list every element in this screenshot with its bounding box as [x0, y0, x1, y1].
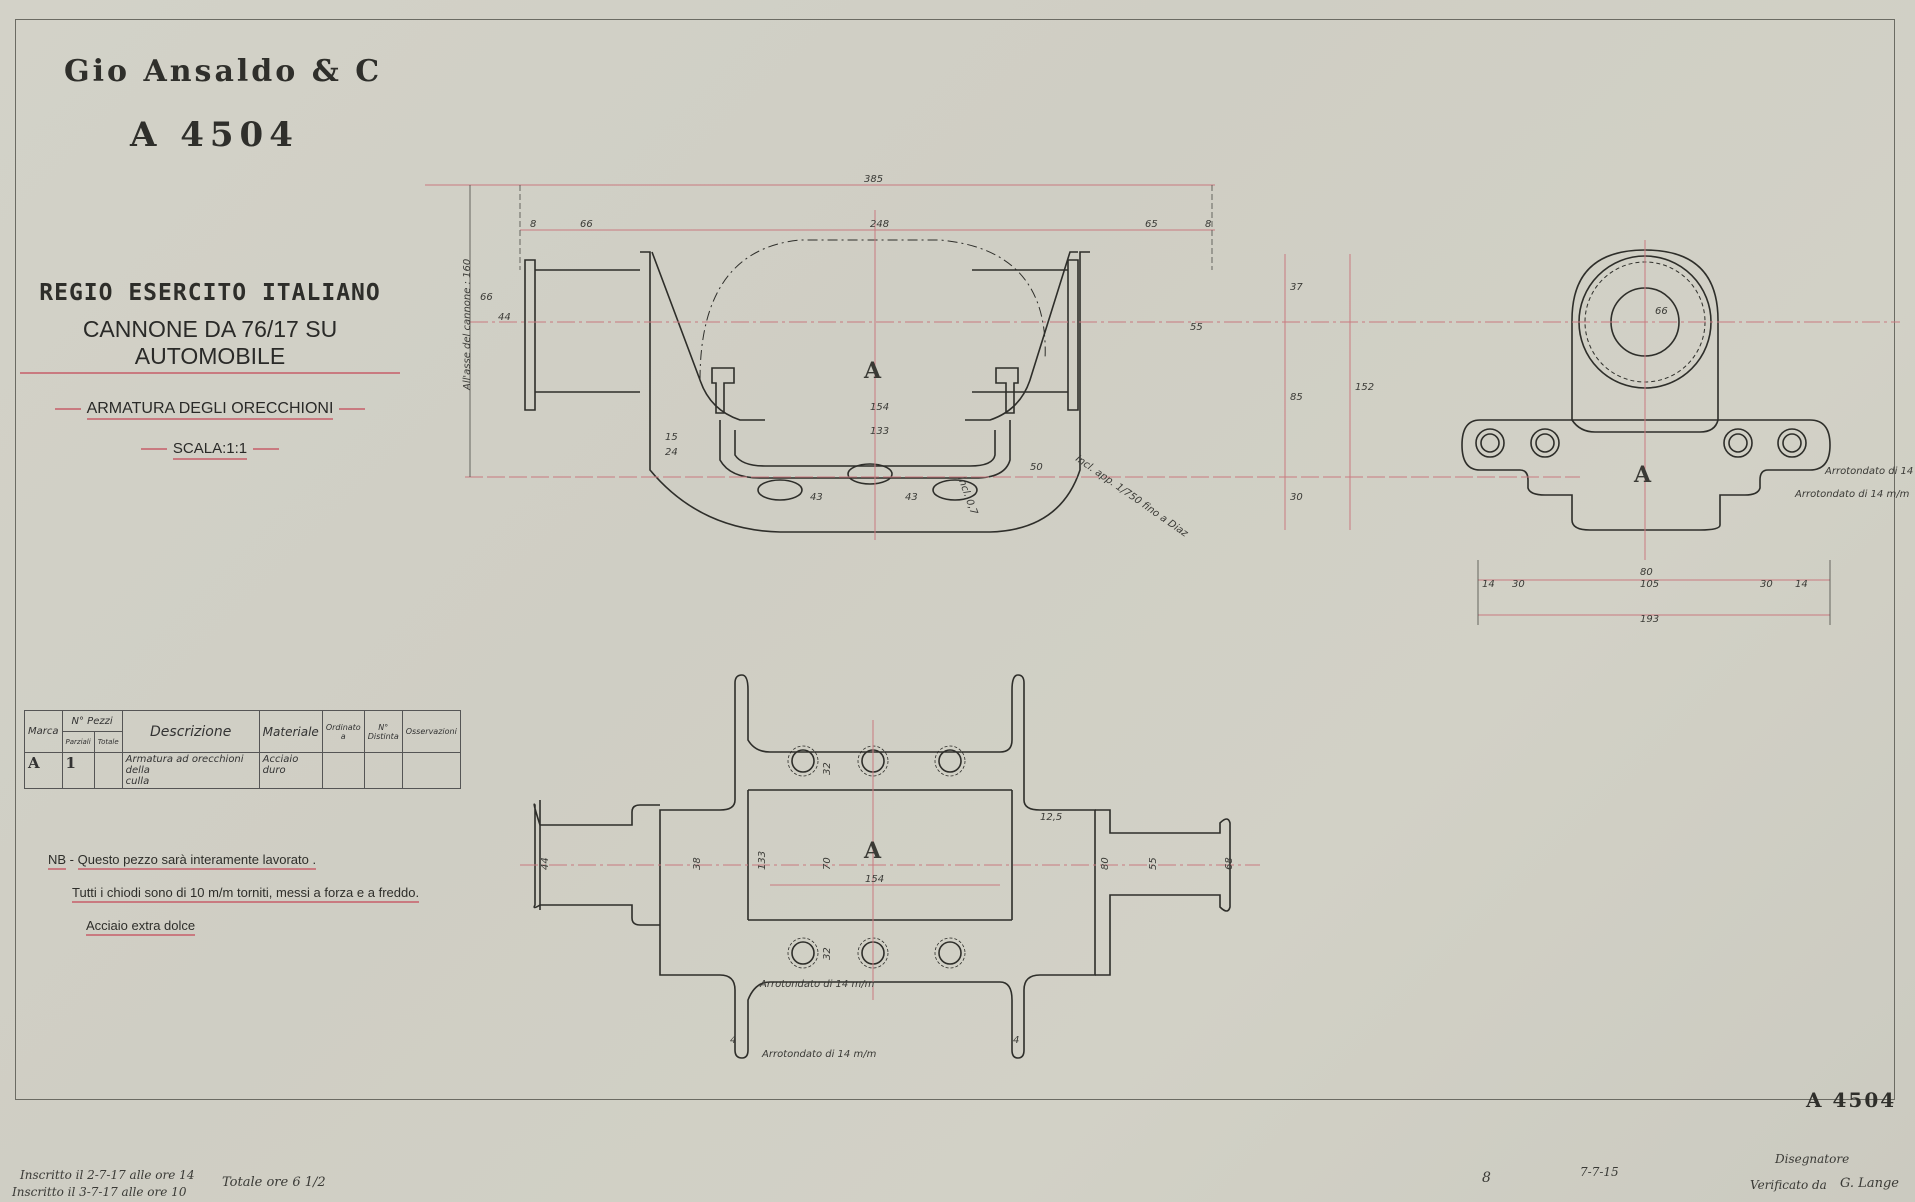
- dim-154-plan: 154: [865, 874, 884, 885]
- dim-43-b: 43: [905, 492, 918, 503]
- side-view: [1462, 250, 1830, 530]
- part-label-side: A: [1634, 462, 1651, 488]
- dim-55: 55: [1190, 322, 1203, 333]
- dim-70-plan: 70: [822, 857, 833, 870]
- signature: G. Lange: [1840, 1176, 1899, 1191]
- dim-43-a: 43: [810, 492, 823, 503]
- dim-68-plan: 68: [1224, 857, 1235, 870]
- dim-14-b: 14: [1795, 579, 1808, 590]
- dim-30-a: 30: [1512, 579, 1525, 590]
- axis-note: All'asse del cannone : 160: [462, 259, 473, 391]
- dim-32-a: 32: [822, 762, 833, 775]
- angle-note: Incl. 0,7: [955, 475, 979, 517]
- front-view: [525, 240, 1090, 532]
- dim-65-right: 65: [1145, 219, 1158, 230]
- drawing-sheet: Gio Ansaldo & C A 4504 REGIO ESERCITO IT…: [0, 0, 1915, 1202]
- dim-24: 24: [665, 447, 678, 458]
- technical-drawing: 385 248 8 66 65 8 154 133 43 43 37 85 30…: [0, 0, 1915, 1202]
- handwritten-total: Totale ore 6 1/2: [222, 1175, 326, 1190]
- fillet-note-side-2: Arrotondato di 14 m/m: [1794, 489, 1910, 500]
- dimension-lines: [425, 185, 1900, 1000]
- verified-label: Verificato da: [1750, 1178, 1827, 1192]
- fillet-note-plan-2: Arrotondato di 14 m/m: [761, 1049, 877, 1060]
- dim-66-dia: 66: [480, 292, 493, 303]
- approx-note: Incl. app. 1/750 fino a Diaz: [1073, 453, 1190, 540]
- dim-15: 15: [665, 432, 678, 443]
- dim-32-b: 32: [822, 947, 833, 960]
- part-label-front: A: [864, 358, 881, 384]
- dim-44: 44: [498, 312, 511, 323]
- handwritten-note-2: Inscritto il 3-7-17 alle ore 10: [12, 1185, 186, 1199]
- handwritten-mark: 8: [1482, 1170, 1491, 1186]
- dim-4-a: 4: [730, 1035, 736, 1046]
- dim-80: 80: [1640, 567, 1653, 578]
- dim-30-b: 30: [1760, 579, 1773, 590]
- dim-133-plan: 133: [757, 851, 768, 870]
- fillet-note-side-1: Arrotondato di 14 m/m: [1824, 466, 1915, 477]
- dim-152: 152: [1355, 382, 1374, 393]
- fillet-note-plan-1: Arrotondato di 14 m/m: [759, 979, 875, 990]
- dim-248: 248: [870, 219, 889, 230]
- drawing-number-bottom: A 4504: [1806, 1088, 1896, 1112]
- dim-14-a: 14: [1482, 579, 1495, 590]
- dim-8-left: 8: [530, 219, 536, 230]
- dim-105: 105: [1640, 579, 1659, 590]
- dim-385: 385: [864, 174, 883, 185]
- handwritten-note-1: Inscritto il 2-7-17 alle ore 14: [20, 1168, 194, 1182]
- dim-133: 133: [870, 426, 889, 437]
- dim-30: 30: [1290, 492, 1303, 503]
- dim-154: 154: [870, 402, 889, 413]
- dim-50: 50: [1030, 462, 1043, 473]
- dim-8-right: 8: [1205, 219, 1211, 230]
- disegnatore-label: Disegnatore: [1775, 1152, 1849, 1166]
- dim-80-plan: 80: [1100, 857, 1111, 870]
- part-label-plan: A: [864, 838, 881, 864]
- dim-66-bore: 66: [1655, 306, 1668, 317]
- handwritten-date: 7-7-15: [1580, 1165, 1619, 1179]
- dim-37: 37: [1290, 282, 1303, 293]
- dim-44-plan: 44: [540, 857, 551, 870]
- dim-12-5: 12,5: [1040, 812, 1062, 823]
- plan-view: [534, 675, 1230, 1058]
- dim-4-b: 4: [1013, 1035, 1019, 1046]
- dim-85: 85: [1290, 392, 1303, 403]
- dim-55-plan: 55: [1148, 857, 1159, 870]
- dim-193: 193: [1640, 614, 1659, 625]
- dim-38-plan: 38: [692, 857, 703, 870]
- dim-66-left: 66: [580, 219, 593, 230]
